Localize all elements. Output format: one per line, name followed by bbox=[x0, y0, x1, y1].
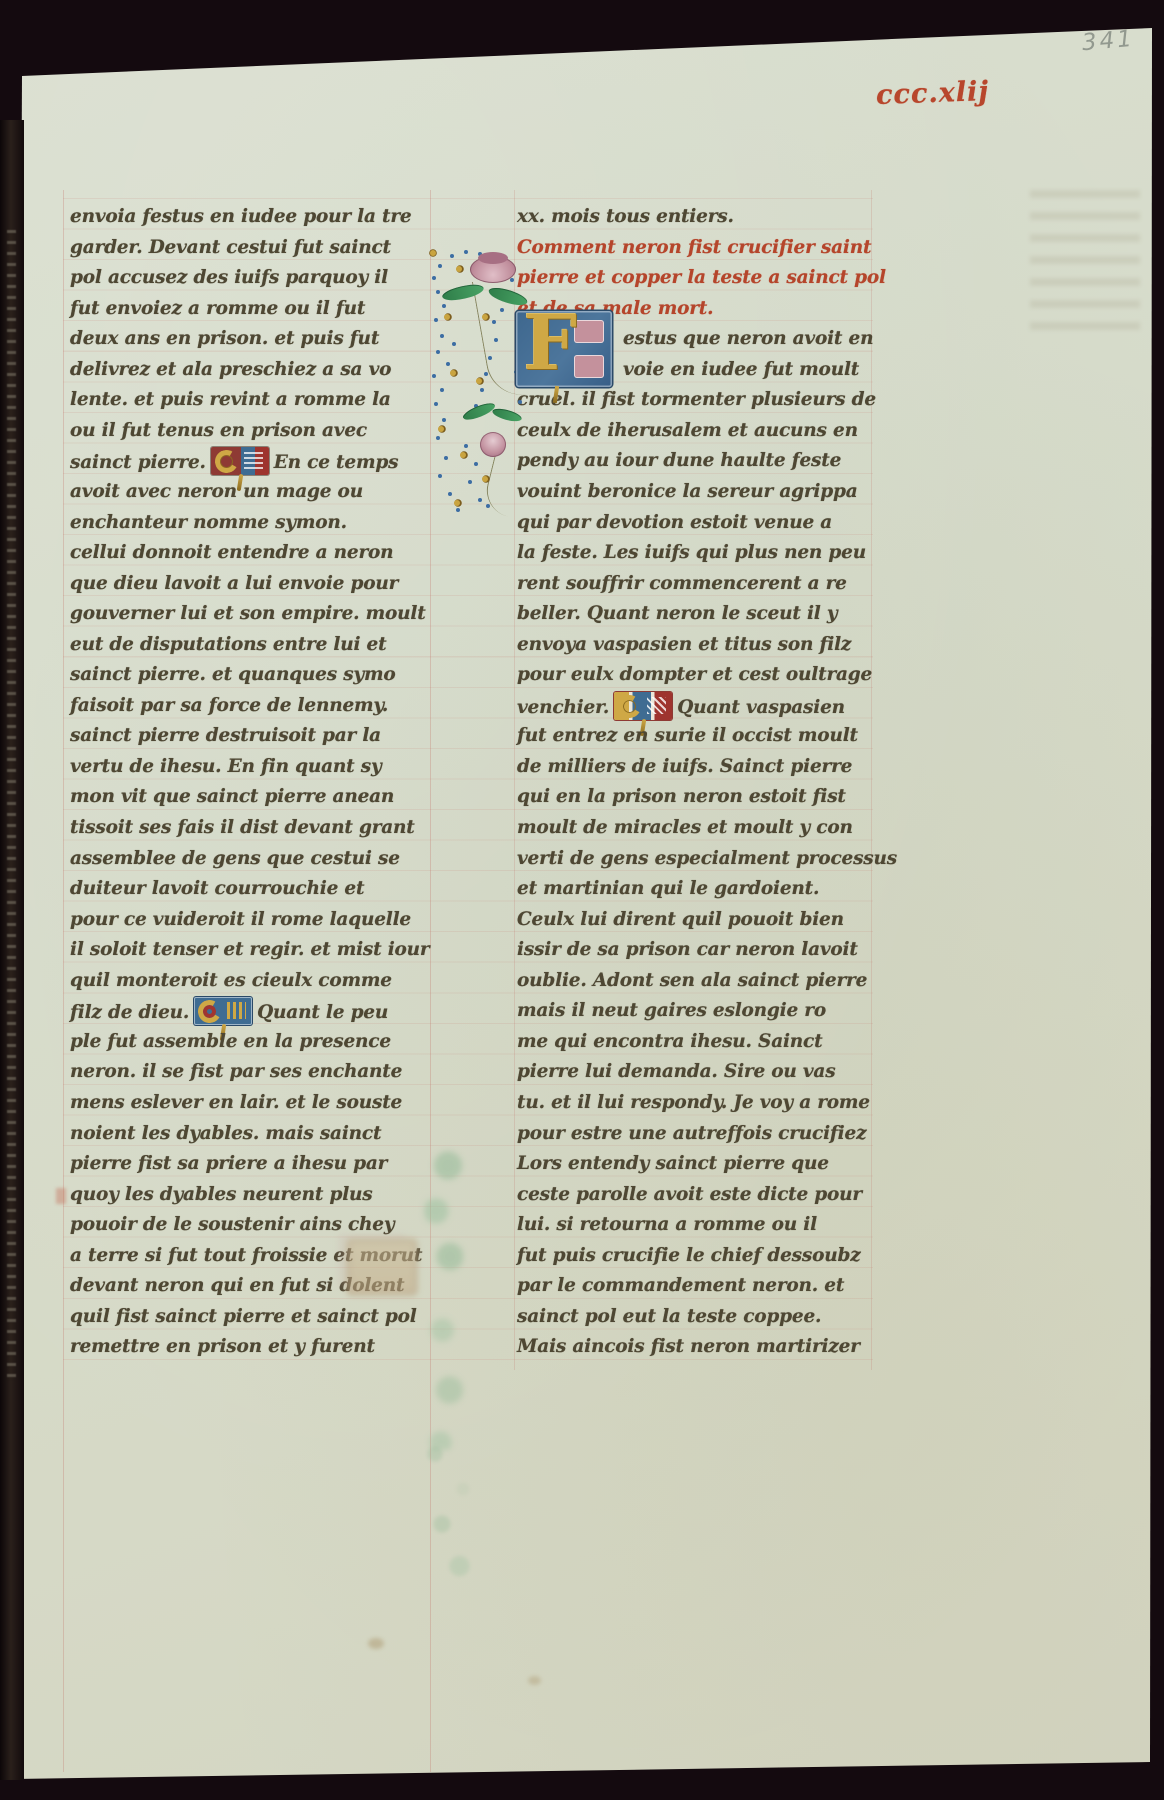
text-line: verti de gens especialment processus bbox=[517, 845, 897, 876]
text-line: avoit avec neron un mage ou bbox=[70, 478, 363, 509]
text-line: sainct pierre. et quanques symo bbox=[70, 661, 395, 692]
rubric-line: pierre et copper la teste a sainct pol bbox=[517, 264, 886, 295]
text-line: deux ans en prison. et puis fut bbox=[70, 325, 379, 356]
text-line: de milliers de iuifs. Sainct pierre bbox=[517, 753, 852, 784]
pink-flower-ornament bbox=[480, 432, 506, 457]
text-line: la feste. Les iuifs qui plus nen peu bbox=[517, 539, 866, 570]
text-line: quil fist sainct pierre et sainct pol bbox=[70, 1303, 417, 1334]
text-line: gouverner lui et son empire. moult bbox=[70, 600, 426, 631]
text-line: sainct pol eut la teste coppee. bbox=[517, 1303, 821, 1334]
rubric-line: Comment neron fist crucifier saint bbox=[517, 234, 871, 265]
text-line: neron. il se fist par ses enchante bbox=[70, 1058, 402, 1089]
text-line: pouoir de le soustenir ains chey bbox=[70, 1211, 394, 1242]
text-column-left: envoia festus en iudee pour la tregarder… bbox=[70, 203, 416, 1373]
text-line: pierre lui demanda. Sire ou vas bbox=[517, 1058, 835, 1089]
text-line: quil monteroit es cieulx comme bbox=[70, 967, 392, 998]
vertical-ruling-right bbox=[871, 190, 872, 1370]
verso-show-through bbox=[414, 1440, 484, 1580]
parchment-stain bbox=[528, 1676, 541, 1685]
text-line: cellui donnoit entendre a neron bbox=[70, 539, 393, 570]
text-segment: filz de dieu. bbox=[70, 1002, 189, 1023]
red-folio-number: ccc.xlij bbox=[876, 78, 990, 109]
leaf-ornament bbox=[491, 407, 522, 423]
text-line: Lors entendy sainct pierre que bbox=[517, 1150, 829, 1181]
text-line: beller. Quant neron le sceut il y bbox=[517, 600, 837, 631]
text-line: envoya vaspasien et titus son filz bbox=[517, 631, 851, 662]
gold-dots-ornament bbox=[430, 250, 436, 256]
text-line: il soloit tenser et regir. et mist iour bbox=[70, 936, 429, 967]
parchment-mark bbox=[56, 1188, 66, 1204]
text-line: rent souffrir commencerent a re bbox=[517, 570, 847, 601]
text-line: et martinian qui le gardoient. bbox=[517, 875, 819, 906]
text-line: duiteur lavoit courrouchie et bbox=[70, 875, 364, 906]
text-segment: sainct pierre. bbox=[70, 452, 206, 473]
pink-flower-ornament bbox=[470, 256, 516, 283]
text-line: venchier.Quant vaspasien bbox=[517, 692, 845, 723]
text-line: xx. mois tous entiers. bbox=[517, 203, 734, 234]
binding-gutter-edge bbox=[0, 120, 24, 1780]
text-line: vertu de ihesu. En fin quant sy bbox=[70, 753, 382, 784]
text-line: pendy au iour dune haulte feste bbox=[517, 447, 841, 478]
text-line: pour eulx dompter et cest oultrage bbox=[517, 661, 872, 692]
marginal-floral-spray-ornament bbox=[430, 250, 530, 530]
text-line: oublie. Adont sen ala sainct pierre bbox=[517, 967, 867, 998]
text-line: qui en la prison neron estoit fist bbox=[517, 783, 846, 814]
text-line: enchanteur nomme symon. bbox=[70, 509, 347, 540]
text-line: filz de dieu.Quant le peu bbox=[70, 997, 388, 1028]
text-segment: En ce temps bbox=[274, 452, 399, 473]
text-line: fut entrez en surie il occist moult bbox=[517, 722, 858, 753]
text-line: ceste parolle avoit este dicte pour bbox=[517, 1181, 862, 1212]
text-line: moult de miracles et moult y con bbox=[517, 814, 853, 845]
text-line: pierre fist sa priere a ihesu par bbox=[70, 1150, 387, 1181]
text-line: ceulx de iherusalem et aucuns en bbox=[517, 417, 858, 448]
parchment-stain bbox=[368, 1638, 384, 1649]
illuminated-initial: F bbox=[516, 311, 612, 387]
text-line: assemblee de gens que cestui se bbox=[70, 845, 400, 876]
text-line: issir de sa prison car neron lavoit bbox=[517, 936, 858, 967]
text-segment: Quant le peu bbox=[257, 1002, 388, 1023]
text-line: sainct pierre.En ce temps bbox=[70, 447, 398, 478]
text-line: tu. et il lui respondy. Je voy a rome bbox=[517, 1089, 870, 1120]
text-line: par le commandement neron. et bbox=[517, 1272, 844, 1303]
text-line: noient les dyables. mais sainct bbox=[70, 1120, 381, 1151]
vertical-ruling-left bbox=[63, 190, 64, 1772]
text-line: devant neron qui en fut si dolent bbox=[70, 1272, 404, 1303]
text-line: vouint beronice la sereur agrippa bbox=[517, 478, 858, 509]
text-line: lui. si retourna a romme ou il bbox=[517, 1211, 817, 1242]
text-line: qui par devotion estoit venue a bbox=[517, 509, 832, 540]
verso-show-through bbox=[1030, 190, 1140, 340]
champ-paraph-ornament bbox=[194, 997, 252, 1025]
text-line: mon vit que sainct pierre anean bbox=[70, 783, 394, 814]
text-line: mais il neut gaires eslongie ro bbox=[517, 997, 826, 1028]
text-line: me qui encontra ihesu. Sainct bbox=[517, 1028, 822, 1059]
text-line: mens eslever en lair. et le souste bbox=[70, 1089, 402, 1120]
champ-paraph-ornament bbox=[211, 447, 269, 475]
text-segment: venchier. bbox=[517, 697, 609, 718]
text-line: ple fut assemble en la presence bbox=[70, 1028, 391, 1059]
underleaf-text-edges bbox=[7, 230, 16, 1380]
champ-paraph-ornament bbox=[614, 692, 672, 720]
text-line: pour estre une autreffois crucifiez bbox=[517, 1120, 866, 1151]
initial-letter: F bbox=[523, 304, 603, 382]
verso-show-through bbox=[428, 1300, 464, 1450]
text-segment: Quant vaspasien bbox=[677, 697, 845, 718]
text-line: eut de disputations entre lui et bbox=[70, 631, 386, 662]
text-line: envoia festus en iudee pour la tre bbox=[70, 203, 411, 234]
text-line: Ceulx lui dirent quil pouoit bien bbox=[517, 906, 844, 937]
text-line: pol accusez des iuifs parquoy il bbox=[70, 264, 388, 295]
text-line: quoy les dyables neurent plus bbox=[70, 1181, 373, 1212]
text-line: remettre en prison et y furent bbox=[70, 1333, 375, 1364]
text-line: faisoit par sa force de lennemy. bbox=[70, 692, 388, 723]
text-line: que dieu lavoit a lui envoie pour bbox=[70, 570, 398, 601]
text-line: tissoit ses fais il dist devant grant bbox=[70, 814, 415, 845]
text-line: fut envoiez a romme ou il fut bbox=[70, 295, 365, 326]
text-line: pour ce vuideroit il rome laquelle bbox=[70, 906, 411, 937]
text-line: Mais aincois fist neron martirizer bbox=[517, 1333, 860, 1364]
manuscript-scan: 341 ccc.xlij envoia festus en iudee pour… bbox=[0, 0, 1164, 1800]
text-line: a terre si fut tout froissie et morut bbox=[70, 1242, 422, 1273]
text-line: sainct pierre destruisoit par la bbox=[70, 722, 381, 753]
text-line: ou il fut tenus en prison avec bbox=[70, 417, 367, 448]
text-line: fut puis crucifie le chief dessoubz bbox=[517, 1242, 861, 1273]
text-line: garder. Devant cestui fut sainct bbox=[70, 234, 391, 265]
text-line: delivrez et ala preschiez a sa vo bbox=[70, 356, 391, 387]
parchment-page: 341 ccc.xlij envoia festus en iudee pour… bbox=[0, 0, 1164, 1800]
pencil-folio-number: 341 bbox=[1081, 28, 1136, 56]
text-line: cruel. il fist tormenter plusieurs de bbox=[517, 386, 876, 417]
text-line: lente. et puis revint a romme la bbox=[70, 386, 391, 417]
stem-ornament bbox=[481, 452, 522, 517]
